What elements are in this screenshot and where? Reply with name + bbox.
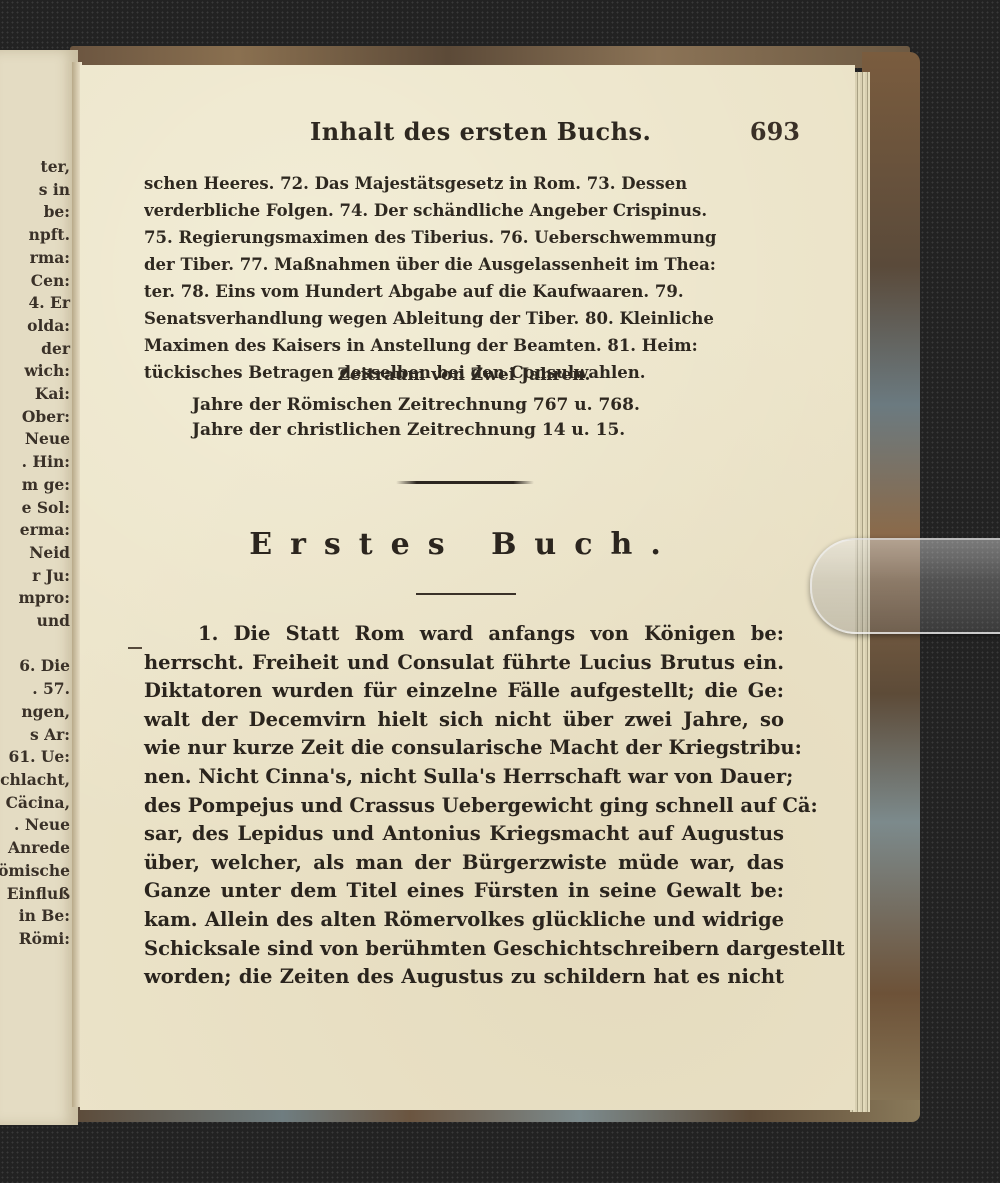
left-page-fragment-line: olda: xyxy=(0,315,70,338)
body-line: worden; die Zeiten des Augustus zu schil… xyxy=(144,963,784,992)
left-page-fragment-line: . 57. xyxy=(0,678,70,701)
page-holder-clip xyxy=(810,538,1000,634)
toc-line: der Tiber. 77. Maßnahmen über die Ausgel… xyxy=(144,251,784,278)
left-page-fragment-line: rma: xyxy=(0,247,70,270)
body-line: herrscht. Freiheit und Consulat führte L… xyxy=(144,649,784,678)
toc-line: Maximen des Kaisers in Anstellung der Be… xyxy=(144,332,784,359)
body-line: über, welcher, als man der Bürgerzwiste … xyxy=(144,849,784,878)
toc-line: Senatsverhandlung wegen Ableitung der Ti… xyxy=(144,305,784,332)
left-page-fragment-line: chlacht, xyxy=(0,769,70,792)
left-page-fragment-line: Anrede xyxy=(0,837,70,860)
decorative-rule-top xyxy=(396,481,534,484)
running-head: Inhalt des ersten Buchs. 693 xyxy=(310,117,800,153)
left-page-fragment-line xyxy=(0,633,70,656)
body-line: Schicksale sind von berühmten Geschichts… xyxy=(144,935,784,964)
body-line: kam. Allein des alten Römervolkes glückl… xyxy=(144,906,784,935)
body-text: 1. Die Statt Rom ward anfangs von Könige… xyxy=(144,620,784,992)
toc-line: 75. Regierungsmaximen des Tiberius. 76. … xyxy=(144,224,784,251)
left-page-fragment-line: und xyxy=(0,610,70,633)
right-page: Inhalt des ersten Buchs. 693 schen Heere… xyxy=(80,65,855,1110)
decorative-rule-bottom xyxy=(416,593,516,595)
toc-line: verderbliche Folgen. 74. Der schändliche… xyxy=(144,197,784,224)
period-heading: Zeitraum von Zwei Jahren. xyxy=(144,365,784,385)
body-line: 1. Die Statt Rom ward anfangs von Könige… xyxy=(144,620,784,649)
table-of-contents-continuation: schen Heeres. 72. Das Majestätsgesetz in… xyxy=(144,170,784,386)
page-number: 693 xyxy=(750,117,800,146)
left-page-fragment-line: 61. Ue: xyxy=(0,746,70,769)
christian-years: Jahre der christlichen Zeitrechnung 14 u… xyxy=(192,418,640,443)
toc-line: schen Heeres. 72. Das Majestätsgesetz in… xyxy=(144,170,784,197)
body-line: sar, des Lepidus und Antonius Kriegsmach… xyxy=(144,820,784,849)
left-page-fragment-line: erma: xyxy=(0,519,70,542)
year-ranges: Jahre der Römischen Zeitrechnung 767 u. … xyxy=(192,393,640,443)
margin-pencil-mark xyxy=(128,647,142,649)
left-page-fragment-line: . Hin: xyxy=(0,451,70,474)
body-line: wie nur kurze Zeit die consularische Mac… xyxy=(144,734,784,763)
left-page-fragment-line: be: xyxy=(0,201,70,224)
left-page-fragment-line: 4. Er xyxy=(0,292,70,315)
left-page-fragment-line: Cäcina, xyxy=(0,792,70,815)
body-line: nen. Nicht Cinna's, nicht Sulla's Herrsc… xyxy=(144,763,784,792)
left-page-fragment-line: Einfluß xyxy=(0,883,70,906)
book-title: Erstes Buch. xyxy=(144,527,784,562)
roman-years: Jahre der Römischen Zeitrechnung 767 u. … xyxy=(192,393,640,418)
toc-line: ter. 78. Eins vom Hundert Abgabe auf die… xyxy=(144,278,784,305)
left-page: ter,s inbe:npft.rma:Cen:4. Erolda:derwic… xyxy=(0,50,78,1125)
left-page-fragment-line: ter, xyxy=(0,156,70,179)
left-page-fragment-line: m ge: xyxy=(0,474,70,497)
left-page-fragment-line: wich: xyxy=(0,360,70,383)
left-page-fragment-line: in Be: xyxy=(0,905,70,928)
left-page-fragment-line: s Ar: xyxy=(0,724,70,747)
left-page-fragment-line: Römi: xyxy=(0,928,70,951)
left-page-fragment-line: mpro: xyxy=(0,587,70,610)
running-head-title: Inhalt des ersten Buchs. xyxy=(310,117,651,146)
left-page-fragment-line: Kai: xyxy=(0,383,70,406)
left-page-fragment-line: s in xyxy=(0,179,70,202)
left-page-fragment-line: Neid xyxy=(0,542,70,565)
left-page-fragment-line: 6. Die xyxy=(0,655,70,678)
body-line: Diktatoren wurden für einzelne Fälle auf… xyxy=(144,677,784,706)
left-page-fragment-line: Neue xyxy=(0,428,70,451)
left-page-fragment-line: e Sol: xyxy=(0,497,70,520)
left-page-text-fragments: ter,s inbe:npft.rma:Cen:4. Erolda:derwic… xyxy=(0,156,70,951)
left-page-fragment-line: Cen: xyxy=(0,270,70,293)
left-page-fragment-line: ömische xyxy=(0,860,70,883)
body-line: des Pompejus und Crassus Uebergewicht gi… xyxy=(144,792,784,821)
left-page-fragment-line: npft. xyxy=(0,224,70,247)
left-page-fragment-line: ngen, xyxy=(0,701,70,724)
left-page-fragment-line: . Neue xyxy=(0,814,70,837)
body-line: Ganze unter dem Titel eines Fürsten in s… xyxy=(144,877,784,906)
body-line: walt der Decemvirn hielt sich nicht über… xyxy=(144,706,784,735)
left-page-fragment-line: r Ju: xyxy=(0,565,70,588)
left-page-fragment-line: Ober: xyxy=(0,406,70,429)
left-page-fragment-line: der xyxy=(0,338,70,361)
